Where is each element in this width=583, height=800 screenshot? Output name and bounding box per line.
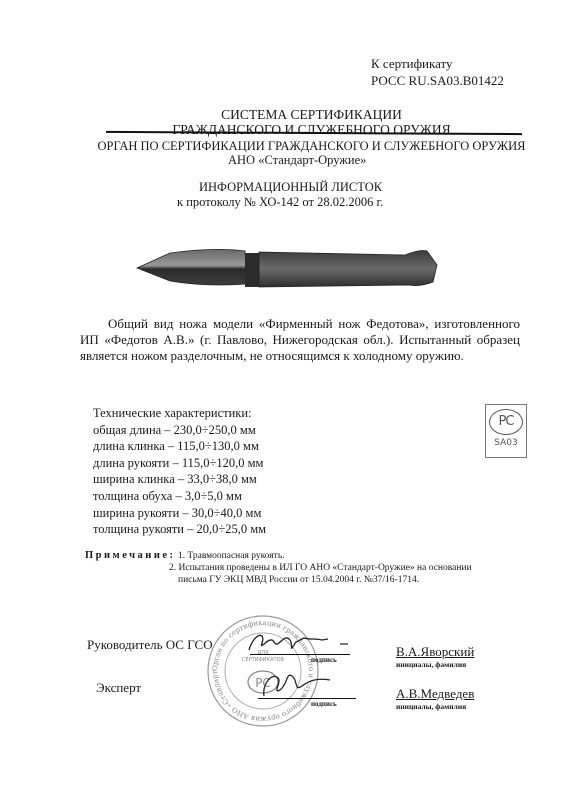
mark-symbol: РС [489,409,523,435]
spec-item: толщина обуха – 3,0÷5,0 мм [93,488,266,505]
certificate-reference: К сертификату РОСС RU.SA03.B01422 [371,55,504,89]
description-text: Общий вид ножа модели «Фирменный нож Фед… [80,316,520,363]
note-item-2-cont: письма ГУ ЭКЦ МВД России от 15.04.2004 г… [85,574,472,586]
expert-name-caption: инициалы, фамилия [396,702,466,711]
technical-specs: Технические характеристики: общая длина … [93,405,266,538]
spec-item: длина клинка – 115,0÷130,0 мм [93,438,266,455]
description-paragraph: Общий вид ножа модели «Фирменный нож Фед… [80,316,520,364]
head-sign-caption: подпись [311,656,337,664]
document-title: ИНФОРМАЦИОННЫЙ ЛИСТОК [199,180,382,195]
specs-heading: Технические характеристики: [93,405,266,422]
expert-role: Эксперт [96,680,141,696]
notes-label: Примечание: [85,550,176,561]
note-item-1: 1. Травмоопасная рукоять. [178,551,285,561]
certification-mark-icon: РС SA03 [485,404,527,458]
system-title-2: ГРАЖДАНСКОГО И СЛУЖЕБНОГО ОРУЖИЯ [0,121,583,138]
expert-name: А.В.Медведев [396,686,474,702]
spec-item: ширина рукояти – 30,0÷40,0 мм [93,505,266,522]
spec-item: ширина клинка – 33,0÷38,0 мм [93,471,266,488]
note-item-2: 2. Испытания проведены в ИЛ ГО АНО «Стан… [85,562,472,574]
cert-body-name: АНО «Стандарт-Оружие» [228,153,366,168]
head-signature-line [250,654,350,655]
knife-photo [135,225,455,305]
head-role: Руководитель ОС ГСО [87,637,213,653]
spec-item: толщина рукояти – 20,0÷25,0 мм [93,521,266,538]
head-name-caption: инициалы, фамилия [396,660,466,669]
ref-line-1: К сертификату [371,55,504,72]
spec-item: длина рукояти – 115,0÷120,0 мм [93,455,266,472]
expert-signature-icon [258,668,338,700]
mark-code: SA03 [486,438,526,448]
head-name: В.А.Яворский [396,644,474,660]
expert-signature-line [258,698,356,699]
spec-item: общая длина – 230,0÷250,0 мм [93,422,266,439]
notes-section: Примечание: 1. Травмоопасная рукоять. 2.… [85,550,472,586]
document-subtitle: к протоколу № ХО-142 от 28.02.2006 г. [177,195,383,210]
expert-sign-caption: подпись [311,700,337,708]
ref-line-2: РОСС RU.SA03.B01422 [371,72,504,89]
